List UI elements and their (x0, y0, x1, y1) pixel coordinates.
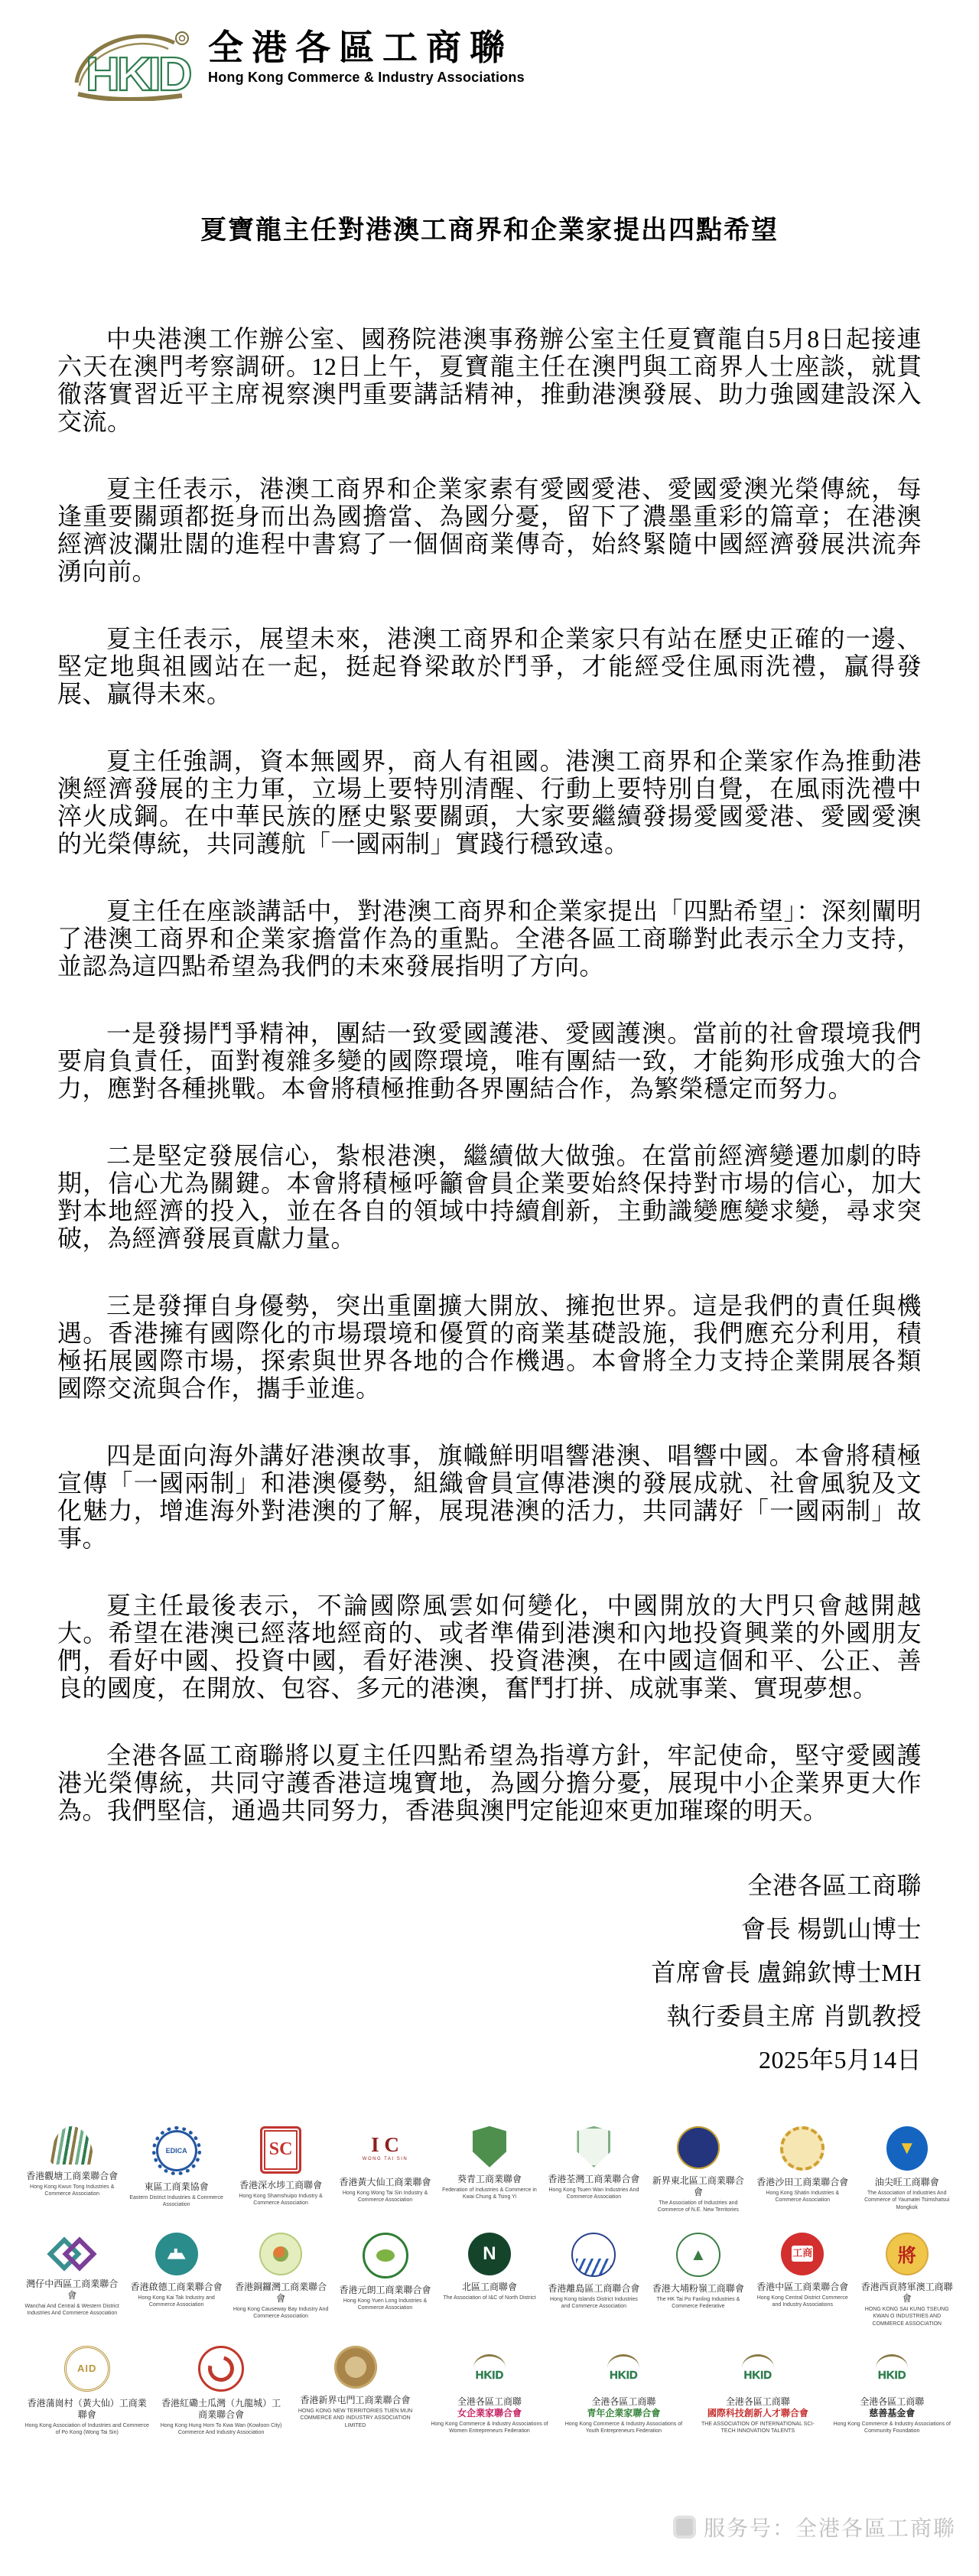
article-paragraph: 夏主任在座談講話中，對港澳工商界和企業家提出「四點希望」：深刻闡明了港澳工商界和… (57, 897, 922, 980)
member-logo-name-zh: 香港黃大仙工商業聯會 (337, 2177, 433, 2188)
member-logo-name-zh2: 女企業家聯合會 (426, 2408, 552, 2419)
member-logo-north-district: N北區工商聯會The Association of I&C of North D… (437, 2233, 542, 2327)
member-logo-name-zh2: 慈善基金會 (829, 2408, 955, 2419)
signature-chief-chairman: 首席會長 盧錦欽博士MH (0, 1951, 922, 1995)
article-body: 中央港澳工作辦公室、國務院港澳事務辦公室主任夏寶龍自5月8日起接連六天在澳門考察… (57, 325, 922, 1824)
member-logo-name-zh: 香港啟德工商業聯合會 (128, 2282, 224, 2293)
tsuen-wan-logo-icon (577, 2126, 610, 2168)
logo-badge: N (483, 2243, 496, 2265)
ne-new-territories-logo-icon (677, 2126, 720, 2169)
tai-po-fanling-logo-icon (676, 2233, 720, 2277)
member-logo-name-zh: 全港各區工商聯 (694, 2396, 821, 2408)
member-logos-row-3: AID香港蒲崗村（黃大仙）工商業聯會Hong Kong Association … (20, 2346, 959, 2437)
signature-block: 全港各區工商聯 會長 楊凱山博士 首席會長 盧錦欽博士MH 執行委員主席 肖凱教… (0, 1864, 922, 2082)
logo-badge: I C (371, 2135, 399, 2155)
article-paragraph: 三是發揮自身優勢，突出重圍擴大開放、擁抱世界。這是我們的責任與機遇。香港擁有國際… (57, 1292, 922, 1402)
member-logo-name-en: Hong Kong Association of Industries and … (24, 2422, 150, 2437)
logo-badge: HKID (476, 2369, 504, 2382)
member-logo-name-zh2: 國際科技創新人才聯合會 (694, 2408, 821, 2419)
member-logo-name-en: Wanchai And Central & Western District I… (24, 2303, 120, 2317)
article-paragraph: 二是堅定發展信心，紮根港澳，繼續做大做強。在當前經濟變遷加劇的時期，信心尤為關鍵… (57, 1142, 922, 1252)
service-account-icon (673, 2516, 696, 2539)
member-logo-sci-tech-talents: HKID全港各區工商聯國際科技創新人才聯合會THE ASSOCIATION OF… (691, 2346, 825, 2437)
kwai-tsing-logo-icon (473, 2126, 506, 2168)
member-logo-tuen-mun: 香港新界屯門工商業聯合會HONG KONG NEW TERRITORIES TU… (288, 2346, 422, 2437)
signature-chairman: 會長 楊凱山博士 (0, 1908, 922, 1951)
hung-hom-to-kwa-wan-logo-icon (198, 2346, 244, 2392)
member-logo-name-en: Hong Kong Islands District Industries an… (545, 2296, 642, 2311)
member-logo-yuen-long: 香港元朗工商業聯合會Hong Kong Yuen Long Industries… (333, 2233, 437, 2327)
article-paragraph: 夏主任強調，資本無國界，商人有祖國。港澳工商界和企業家作為推動港澳經濟發展的主力… (57, 747, 922, 857)
member-logo-wong-tai-sin: I CWONG TAI SIN香港黃大仙工商業聯會Hong Kong Wong … (333, 2126, 437, 2214)
member-logo-name-zh: 東區工商業協會 (128, 2181, 224, 2193)
header: HKID 全港各區工商聯 Hong Kong Commerce & Indust… (0, 0, 979, 101)
member-logo-name-en: Hong Kong Commerce & Industry Associatio… (426, 2421, 552, 2435)
sha-tin-logo-icon (780, 2126, 825, 2171)
member-logo-name-en: HONG KONG NEW TERRITORIES TUEN MUN COMME… (292, 2408, 418, 2429)
member-logo-name-en: Hong Kong Yuen Long Industries & Commerc… (337, 2298, 433, 2312)
member-logos-row-1: 香港觀塘工商業聯合會Hong Kong Kwun Tong Industries… (20, 2126, 959, 2214)
member-logo-name-zh: 新界東北區工商業聯合會 (650, 2175, 746, 2198)
logo-badge: 將 (898, 2240, 916, 2267)
member-logo-name-zh2: 青年企業家聯合會 (561, 2408, 687, 2419)
yau-tsim-mong-logo-icon (886, 2126, 928, 2171)
logo-badge: EDICA (166, 2147, 187, 2155)
signature-org: 全港各區工商聯 (0, 1864, 922, 1908)
member-logo-causeway-bay: 香港銅鑼灣工商業聯合會Hong Kong Causeway Bay Indust… (229, 2233, 333, 2327)
article-paragraph: 夏主任表示，展望未來，港澳工商界和企業家只有站在歷史正確的一邊、堅定地與祖國站在… (57, 625, 922, 707)
wong-tai-sin-logo-icon: I CWONG TAI SIN (359, 2126, 412, 2171)
member-logo-name-en: Hong Kong Causeway Bay Industry And Comm… (233, 2306, 329, 2321)
member-logos-section: 香港觀塘工商業聯合會Hong Kong Kwun Tong Industries… (0, 2126, 979, 2437)
watermark-text: 服务号：全港各區工商聯 (704, 2512, 956, 2542)
member-logo-name-zh: 全港各區工商聯 (829, 2396, 955, 2408)
article-title: 夏寶龍主任對港澳工商界和企業家提出四點希望 (0, 216, 979, 247)
member-logo-name-en: The Association of Industries And Commer… (859, 2190, 955, 2211)
community-foundation-logo-icon: HKID (865, 2346, 919, 2390)
member-logo-name-en: Hong Kong Commerce & Industry Associatio… (829, 2421, 955, 2435)
member-logo-name-en: Hong Kong Kwun Tong Industries & Commerc… (24, 2184, 120, 2198)
member-logo-ne-new-territories: 新界東北區工商業聯合會The Association of Industries… (646, 2126, 750, 2214)
member-logo-name-zh: 全港各區工商聯 (561, 2396, 687, 2408)
logo-badge: HKID (743, 2369, 772, 2382)
article-paragraph: 一是發揚鬥爭精神，團結一致愛國護港、愛國護澳。當前的社會環境我們要肩負責任，面對… (57, 1020, 922, 1102)
member-logo-hung-hom-to-kwa-wan: 香港紅磡土瓜灣（九龍城）工商業聯合會Hong Kong Hung Hom To … (154, 2346, 288, 2437)
member-logo-name-zh: 全港各區工商聯 (426, 2396, 552, 2408)
north-district-logo-icon: N (468, 2233, 511, 2275)
causeway-bay-logo-icon (259, 2233, 302, 2275)
central-district-logo-icon: 工商 (781, 2233, 824, 2275)
member-logo-name-en: HONG KONG SAI KUNG TSEUNG KWAN O INDUSTR… (859, 2306, 955, 2327)
member-logo-community-foundation: HKID全港各區工商聯慈善基金會Hong Kong Commerce & Ind… (825, 2346, 959, 2437)
document-page: { "header": { "logo_text": "HKID", "org_… (0, 0, 979, 2576)
logo-badge: SC (269, 2139, 293, 2160)
member-logo-sham-shui-po: SC香港深水埗工商聯會Hong Kong Shamshuipo Industry… (229, 2126, 333, 2214)
youth-entrepreneurs-logo-icon: HKID (597, 2346, 650, 2390)
member-logo-islands-district: 香港離島區工商聯合會Hong Kong Islands District Ind… (542, 2233, 646, 2327)
member-logo-tsuen-wan: 香港荃灣工商業聯合會Hong Kong Tsuen Wan Industries… (542, 2126, 646, 2214)
logo-badge: AID (77, 2363, 96, 2374)
eastern-district-logo-icon: EDICA (152, 2126, 201, 2175)
member-logo-name-zh: 香港深水埗工商聯會 (233, 2180, 329, 2191)
member-logo-name-zh: 香港元朗工商業聯合會 (337, 2285, 433, 2296)
member-logo-yau-tsim-mong: 油尖旺工商聯會The Association of Industries And… (855, 2126, 959, 2214)
member-logo-name-en: Hong Kong Central District Commerce and … (754, 2295, 851, 2309)
member-logo-name-en: Hong Kong Commerce & Industry Associatio… (561, 2421, 687, 2435)
member-logo-name-zh: 香港沙田工商業聯合會 (754, 2177, 851, 2188)
logo-badge: HKID (610, 2369, 638, 2382)
member-logo-kwun-tong: 香港觀塘工商業聯合會Hong Kong Kwun Tong Industries… (20, 2126, 124, 2214)
member-logo-name-zh: 油尖旺工商聯會 (859, 2177, 955, 2188)
islands-district-logo-icon (571, 2233, 616, 2277)
org-name-en: Hong Kong Commerce & Industry Associatio… (208, 70, 525, 86)
member-logos-row-2: 灣仔中西區工商業聯合會Wanchai And Central & Western… (20, 2233, 959, 2327)
member-logo-name-en: Hong Kong Shatin Industries & Commerce A… (754, 2190, 851, 2204)
article-paragraph: 全港各區工商聯將以夏主任四點希望為指導方針，牢記使命，堅守愛國護港光榮傳統，共同… (57, 1742, 922, 1824)
header-org-names: 全港各區工商聯 Hong Kong Commerce & Industry As… (208, 23, 525, 86)
tuen-mun-logo-icon (334, 2346, 377, 2389)
member-logo-name-zh: 香港新界屯門工商業聯合會 (292, 2395, 418, 2406)
member-logo-sai-kung-tko: 將香港西貢將軍澳工商聯會HONG KONG SAI KUNG TSEUNG KW… (855, 2233, 959, 2327)
member-logo-youth-entrepreneurs: HKID全港各區工商聯青年企業家聯合會Hong Kong Commerce & … (557, 2346, 691, 2437)
logo-badge-sub: WONG TAI SIN (363, 2157, 408, 2161)
member-logo-name-zh: 香港離島區工商聯合會 (545, 2283, 642, 2295)
member-logo-kwai-tsing: 葵青工商業聯會Federation of Industries & Commer… (437, 2126, 542, 2214)
member-logo-name-en: Hong Kong Tsuen Wan Industries And Comme… (545, 2187, 642, 2201)
yuen-long-logo-icon (363, 2233, 408, 2278)
kwun-tong-logo-icon (50, 2126, 93, 2165)
member-logo-name-en: THE ASSOCIATION OF INTERNATIONAL SCI-TEC… (694, 2421, 821, 2435)
hkid-logo-letters: HKID (86, 48, 191, 101)
member-logo-women-entrepreneurs: HKID全港各區工商聯女企業家聯合會Hong Kong Commerce & I… (422, 2346, 556, 2437)
women-entrepreneurs-logo-icon: HKID (463, 2346, 516, 2390)
member-logo-name-zh: 香港荃灣工商業聯合會 (545, 2174, 642, 2185)
sham-shui-po-logo-icon: SC (260, 2126, 301, 2174)
member-logo-name-zh: 香港西貢將軍澳工商聯會 (859, 2282, 955, 2304)
member-logo-name-en: Federation of Industries & Commerce in K… (441, 2187, 538, 2201)
member-logo-name-en: Hong Kong Kai Tak Industry and Commerce … (128, 2295, 224, 2309)
article-paragraph: 中央港澳工作辦公室、國務院港澳事務辦公室主任夏寶龍自5月8日起接連六天在澳門考察… (57, 325, 922, 435)
member-logo-eastern-district: EDICA東區工商業協會Eastern District Industries … (124, 2126, 228, 2214)
sci-tech-talents-logo-icon: HKID (731, 2346, 785, 2390)
logo-badge: HKID (878, 2369, 906, 2382)
logo-badge: 工商 (792, 2246, 813, 2262)
member-logo-name-zh: 香港銅鑼灣工商業聯合會 (233, 2282, 329, 2304)
member-logo-name-en: Hong Kong Shamshuipo Industry & Commerce… (233, 2193, 329, 2207)
signature-date: 2025年5月14日 (0, 2038, 922, 2082)
member-logo-name-en: Eastern District Industries & Commerce A… (128, 2194, 224, 2209)
member-logo-name-zh: 香港紅磡土瓜灣（九龍城）工商業聯合會 (158, 2398, 284, 2421)
article-paragraph: 夏主任最後表示，不論國際風雲如何變化，中國開放的大門只會越開越大。希望在港澳已經… (57, 1592, 922, 1702)
member-logo-name-zh: 香港觀塘工商業聯合會 (24, 2171, 120, 2182)
member-logo-kai-tak: 香港啟德工商業聯合會Hong Kong Kai Tak Industry and… (124, 2233, 228, 2327)
org-name-zh: 全港各區工商聯 (208, 28, 525, 68)
member-logo-name-en: The Association of I&C of North District (441, 2295, 538, 2301)
member-logo-name-zh: 香港中區工商業聯合會 (754, 2282, 851, 2293)
signature-exec-chairman: 執行委員主席 肖凱教授 (0, 1995, 922, 2038)
po-kong-wong-tai-sin-logo-icon: AID (64, 2346, 110, 2392)
wanchai-central-western-logo-icon (49, 2233, 95, 2272)
member-logo-name-zh: 葵青工商業聯會 (441, 2174, 538, 2185)
hkid-logo-mark-icon: HKID (67, 23, 197, 101)
article-paragraph: 夏主任表示，港澳工商界和企業家素有愛國愛港、愛國愛澳光榮傳統，每逢重要關頭都挺身… (57, 475, 922, 585)
article-paragraph: 四是面向海外講好港澳故事，旗幟鮮明唱響港澳、唱響中國。本會將積極宣傳「一國兩制」… (57, 1442, 922, 1552)
member-logo-name-en: The HK Tai Po Fanling Industries & Comme… (650, 2296, 746, 2311)
member-logo-central-district: 工商香港中區工商業聯合會Hong Kong Central District C… (750, 2233, 854, 2327)
member-logo-name-zh: 香港大埔粉嶺工商聯會 (650, 2283, 746, 2295)
member-logo-name-en: Hong Kong Hung Hom To Kwa Wan (Kowloon C… (158, 2422, 284, 2437)
watermark: 服务号：全港各區工商聯 (673, 2512, 956, 2542)
sai-kung-tko-logo-icon: 將 (886, 2233, 929, 2275)
member-logo-po-kong-wong-tai-sin: AID香港蒲崗村（黃大仙）工商業聯會Hong Kong Association … (20, 2346, 154, 2437)
member-logo-tai-po-fanling: 香港大埔粉嶺工商聯會The HK Tai Po Fanling Industri… (646, 2233, 750, 2327)
member-logo-name-zh: 香港蒲崗村（黃大仙）工商業聯會 (24, 2398, 150, 2421)
kai-tak-logo-icon (155, 2233, 198, 2275)
member-logo-name-en: The Association of Industries and Commer… (650, 2200, 746, 2214)
member-logo-name-zh: 北區工商聯會 (441, 2282, 538, 2293)
member-logo-name-zh: 灣仔中西區工商業聯合會 (24, 2278, 120, 2301)
member-logo-sha-tin: 香港沙田工商業聯合會Hong Kong Shatin Industries & … (750, 2126, 854, 2214)
member-logo-name-en: Hong Kong Wong Tai Sin Industry & Commer… (337, 2190, 433, 2204)
member-logo-wanchai-central-western: 灣仔中西區工商業聯合會Wanchai And Central & Western… (20, 2233, 124, 2327)
